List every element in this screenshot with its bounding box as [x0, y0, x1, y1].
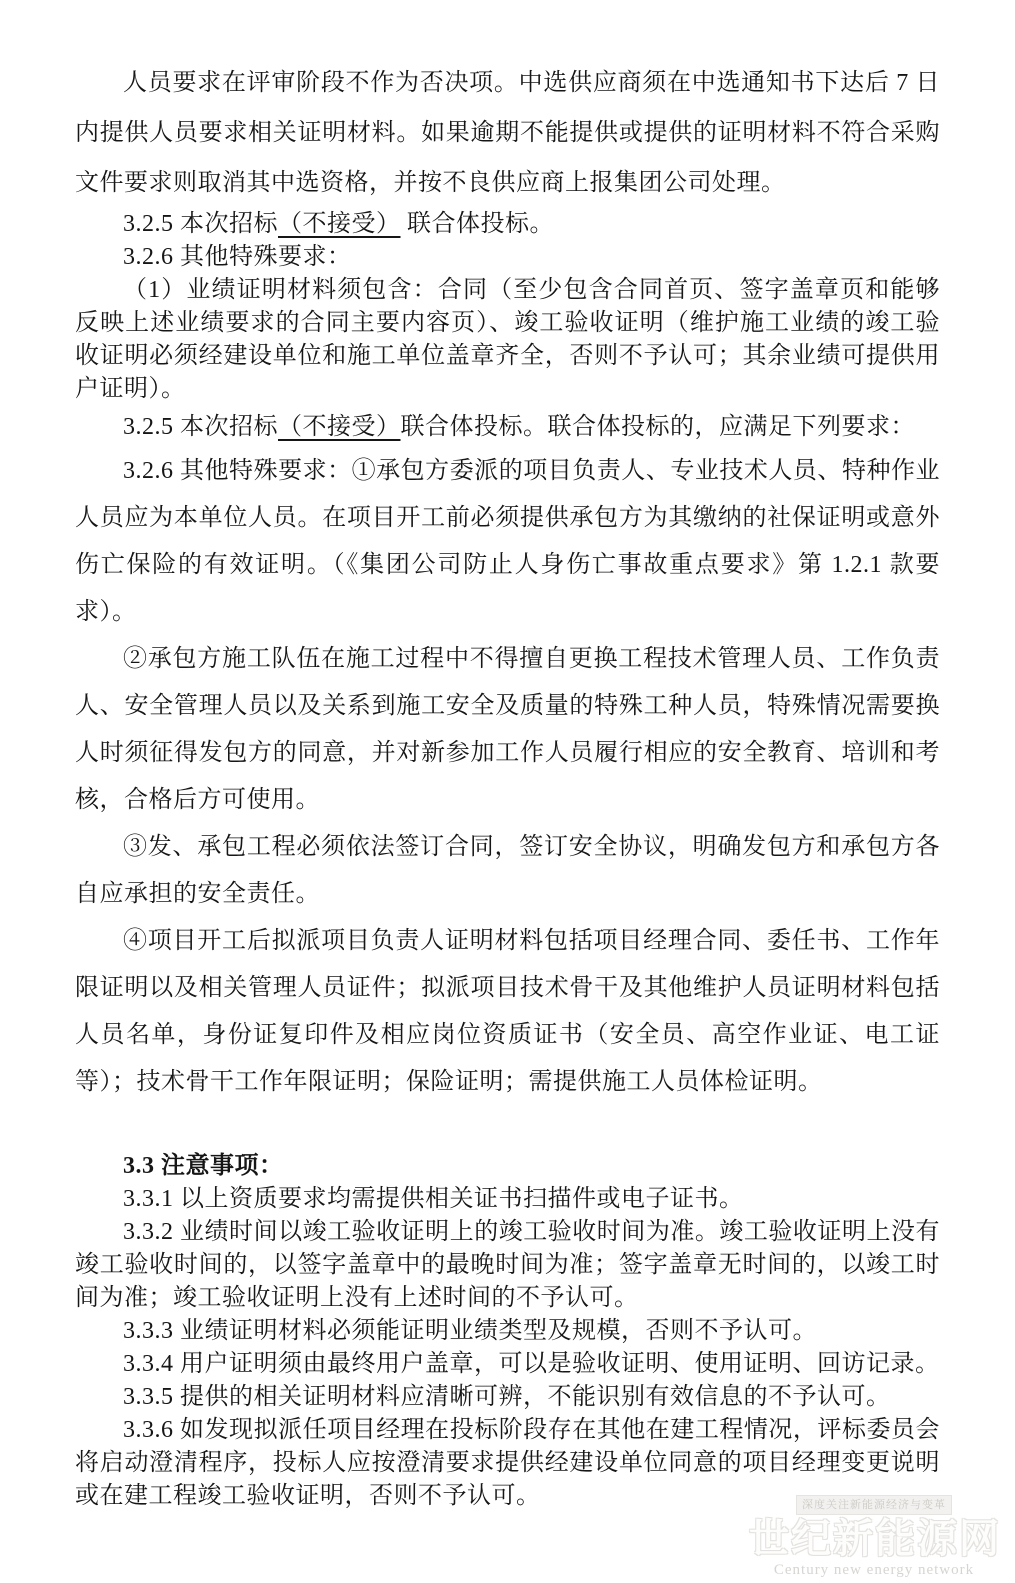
heading-3-3-notes: 3.3 注意事项：	[75, 1150, 940, 1183]
clause-3-2-5-b: 3.2.5 本次招标（不接受）联合体投标。联合体投标的，应满足下列要求：	[75, 406, 940, 448]
clause-3-2-5-a-pre: 3.2.5 本次招标	[123, 211, 278, 237]
clause-item-4: ④项目开工后拟派项目负责人证明材料包括项目经理合同、委任书、工作年限证明以及相关…	[75, 918, 940, 1106]
clause-3-3-1: 3.3.1 以上资质要求均需提供相关证书扫描件或电子证书。	[75, 1183, 940, 1216]
clause-3-2-5-b-post: 联合体投标。联合体投标的，应满足下列要求：	[401, 414, 916, 440]
document-page: 人员要求在评审阶段不作为否决项。中选供应商须在中选通知书下达后 7 日内提供人员…	[0, 0, 1015, 1583]
clause-3-3-5: 3.3.5 提供的相关证明材料应清晰可辨，不能识别有效信息的不予认可。	[75, 1381, 940, 1414]
watermark-subtitle: Century new energy network	[749, 1561, 999, 1579]
not-accept-underlined: （不接受）	[278, 414, 401, 440]
clause-3-2-5-a-post: 联合体投标。	[401, 211, 555, 237]
clause-item-1: （1）业绩证明材料须包含：合同（至少包含合同首页、签字盖章页和能够反映上述业绩要…	[75, 274, 940, 406]
clause-3-3-3: 3.3.3 业绩证明材料必须能证明业绩类型及规模，否则不予认可。	[75, 1315, 940, 1348]
clause-3-3-6: 3.3.6 如发现拟派任项目经理在投标阶段存在其他在建工程情况，评标委员会将启动…	[75, 1414, 940, 1513]
clause-3-2-5-b-pre: 3.2.5 本次招标	[123, 414, 278, 440]
watermark-title: 世纪新能源网	[749, 1517, 999, 1561]
clause-3-2-6-a: 3.2.6 其他特殊要求：	[75, 241, 940, 274]
not-accept-underlined: （不接受）	[278, 211, 401, 237]
clause-3-3-4: 3.3.4 用户证明须由最终用户盖章，可以是验收证明、使用证明、回访记录。	[75, 1348, 940, 1381]
clause-3-3-2: 3.3.2 业绩时间以竣工验收证明上的竣工验收时间为准。竣工验收证明上没有竣工验…	[75, 1216, 940, 1315]
clause-3-2-5-a: 3.2.5 本次招标（不接受） 联合体投标。	[75, 208, 940, 241]
clause-item-3: ③发、承包工程必须依法签订合同，签订安全协议，明确发包方和承包方各自应承担的安全…	[75, 824, 940, 918]
clause-3-2-6-b: 3.2.6 其他特殊要求：①承包方委派的项目负责人、专业技术人员、特种作业人员应…	[75, 448, 940, 636]
clause-item-2: ②承包方施工队伍在施工过程中不得擅自更换工程技术管理人员、工作负责人、安全管理人…	[75, 636, 940, 824]
para-personnel-review: 人员要求在评审阶段不作为否决项。中选供应商须在中选通知书下达后 7 日内提供人员…	[75, 58, 940, 208]
